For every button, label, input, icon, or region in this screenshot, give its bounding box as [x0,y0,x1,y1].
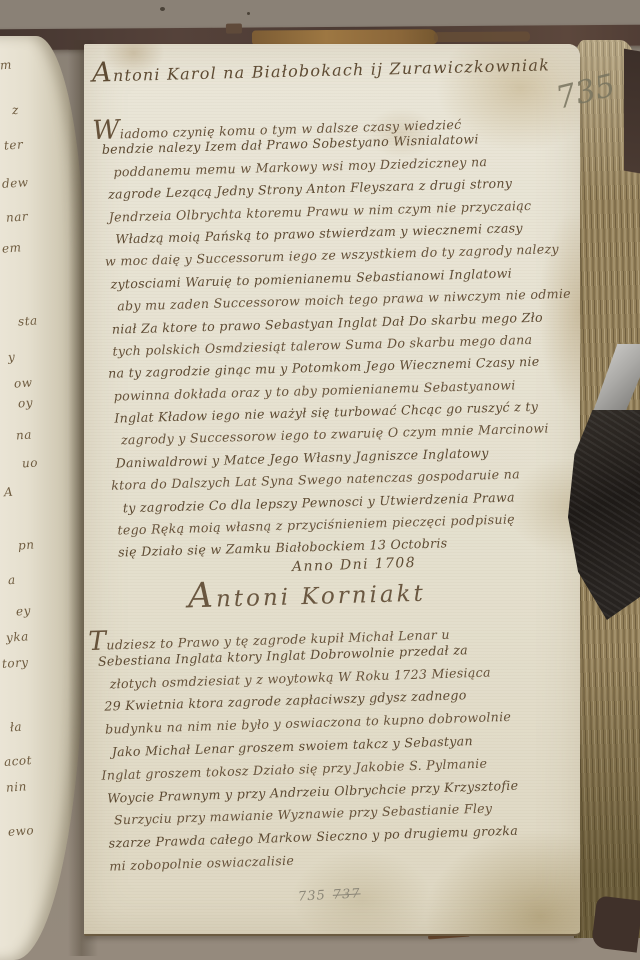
verso-text-fragment: ła [10,720,23,735]
verso-text-fragment: tory [2,655,29,671]
cover-notch [226,24,242,34]
verso-text-fragment: em [2,240,22,255]
verso-text-fragment: m [0,58,12,73]
verso-text-fragment: na [16,427,33,442]
verso-text-fragment: a [8,573,17,588]
verso-text-fragment: ter [4,137,24,152]
verso-text-fragment: acot [4,753,33,769]
paragraph-1: Wiadomo czynię komu o tym w dalsze czasy… [96,107,588,568]
folio-number: 735 [298,888,327,904]
verso-text-fragment: z [12,103,20,117]
verso-text-fragment: sta [18,313,39,328]
background-speck [160,7,165,11]
verso-text-fragment: A [4,485,14,500]
book-cover-bottom-corner [591,895,640,952]
book-cover-right-sliver [624,49,640,174]
background-speck [247,12,250,15]
verso-text-fragment: oy [18,395,34,410]
verso-text-fragment: ow [14,375,33,390]
paragraph-2: Tudziesz to Prawo y tę zagrode kupił Mic… [92,616,580,882]
manuscript-photo: m z ter dew nar em sta y ow oy na uo A p… [0,0,640,960]
folio-number-crossed: 737 [332,886,361,902]
verso-text-fragment: pn [18,537,35,552]
verso-text-fragment: yka [6,629,30,645]
verso-text-fragment: y [8,350,16,364]
verso-text-fragment: dew [2,175,29,191]
verso-text-fragment: nar [6,209,29,225]
cover-wear-patch [434,32,530,43]
verso-text-fragment: uo [22,455,39,470]
verso-text-fragment: ewo [8,823,35,839]
verso-text-fragment: ey [16,603,32,618]
verso-text-fragment: nin [6,779,28,794]
